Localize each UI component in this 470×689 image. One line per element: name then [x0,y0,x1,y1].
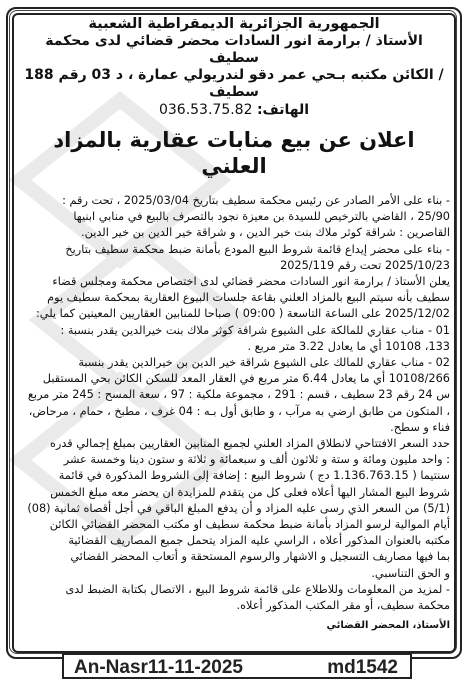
header-address: / الكائن مكتبه بـحي عمر دقو لندريولي عما… [18,67,450,84]
body-line: - بناء على محضر إيداع قائمة شروط البيع ا… [18,242,450,258]
phone-label: الهاتف: [257,102,309,118]
notice-content: الجمهورية الجزائرية الديمقراطية الشعبية … [18,16,450,631]
body-line: حدد السعر الافتتاحي لانطلاق المزاد العلن… [18,436,450,452]
body-line: (5/1) من السعر الذي رسى عليه المزاد و أن… [18,501,450,517]
publication-footer: An-Nasr11-11-2025 md1542 [62,653,412,679]
body-line: 02 - مناب عقاري للمالك على الشيوع شراقة … [18,355,450,371]
body-line: و الحق التناسبي. [18,566,450,582]
header-bailiff: الأستاذ / برارمة انور السادات محضر قضائي… [18,33,450,67]
body-line: ، المتكون من طابق ارضي به مرآب ، و طابق … [18,404,450,420]
body-line: مكتبه بالعنوان المذكور أعلاه ، الراسي عل… [18,533,450,549]
body-line: : واحد مليون ومائة و ستة و ثلاثون ألف و … [18,452,450,468]
body-line: القاصرين : شراقة كوثر ملاك بنت خير الدين… [18,225,450,241]
header-city: سطيف [18,84,450,101]
body-line: سنتيما ( 1.136.763.15 دج ) شروط البيع : … [18,468,450,484]
body-line: - بناء على الأمر الصادر عن رئيس محكمة سط… [18,193,450,209]
body-line: 01 - مناب عقاري للمالكة على الشيوع شراقة… [18,323,450,339]
body-line: محكمة سطيف، أو مقر المكتب المذكور أعلاه. [18,598,450,614]
body-line: شروط البيع المشار اليها أعلاه فعلى كل من… [18,485,450,501]
body-line: أيام الموالية لرسو المزاد بأمانة ضبط محك… [18,517,450,533]
header-republic: الجمهورية الجزائرية الديمقراطية الشعبية [18,16,450,33]
body-line: 133، 10108 أي ما يعادل 3.22 متر مربع . [18,339,450,355]
signature: الأستاذ، المحضر القضائي [18,620,450,631]
header-phone: الهاتف: 036.53.75.82 [18,101,450,119]
phone-value: 036.53.75.82 [159,102,253,118]
notice-body: - بناء على الأمر الصادر عن رئيس محكمة سط… [18,193,450,614]
publication-code: md1542 [327,655,398,677]
body-line: يعلن الأستاذ / برارمة انور السادات محضر … [18,274,450,290]
body-line: - لمزيد من المعلومات وللاطلاع على قائمة … [18,582,450,598]
publication-reference: An-Nasr11-11-2025 [74,655,243,677]
body-line: 25/90 ، القاضي بالترخيص للسيدة بن معيزة … [18,209,450,225]
body-line: 2025/10/23 تحت رقم 2025/119 [18,258,450,274]
body-line: سطيف بأنه سيتم البيع بالمزاد العلني بقاع… [18,290,450,306]
notice-title: اعلان عن بيع منابات عقارية بالمزاد العلن… [18,127,450,179]
body-line: 10108/266 أي ما يعادل 6.44 متر مربع في ا… [18,371,450,387]
body-line: فناء و سطح. [18,420,450,436]
body-line: 2025/12/02 على الساعة التاسعة ( 09:00 ) … [18,306,450,322]
notice-header: الجمهورية الجزائرية الديمقراطية الشعبية … [18,16,450,119]
body-line: بما فيها مصاريف التسجيل و الاشهار والرسو… [18,549,450,565]
body-line: س 24 رقم 23 سطيف ، قسم : 291 ، مجموعة مل… [18,387,450,403]
